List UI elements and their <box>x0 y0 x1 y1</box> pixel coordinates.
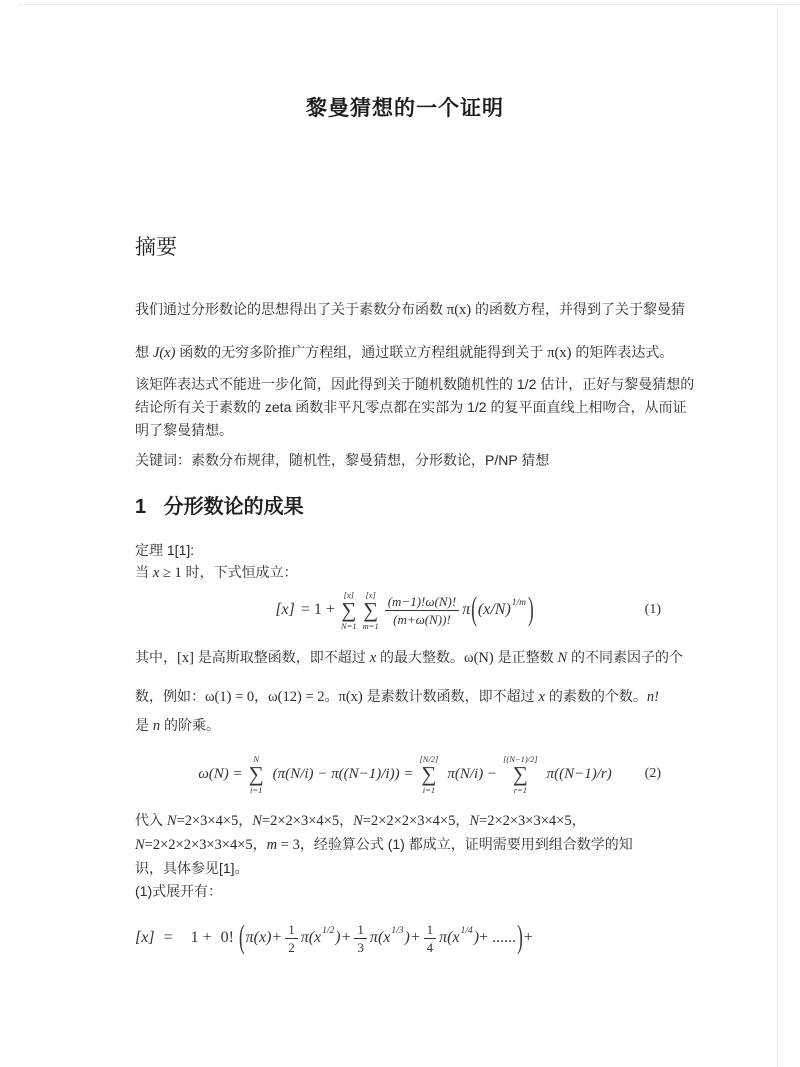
summation-symbol: [x] ∑ m=1 <box>363 590 379 631</box>
summation-symbol: [(N−1)/2] ∑ r=1 <box>503 754 538 795</box>
big-paren-open: ( <box>239 919 245 957</box>
summation-symbol: [x] ∑ N=1 <box>341 590 357 631</box>
abstract-line: 明了黎曼猜想。 <box>135 419 675 441</box>
abstract-line: 结论所有关于素数的 zeta 函数非平凡零点都在实部为 1/2 的复平面直线上相… <box>135 396 675 418</box>
sigma-glyph: ∑ <box>421 764 436 785</box>
sigma-glyph: ∑ <box>513 764 528 785</box>
eq2-term-1: (π(N/i) − π((N−1)/i)) = <box>273 766 414 783</box>
summation-symbol: N ∑ i=1 <box>249 754 264 795</box>
pi-symbol: π <box>462 601 470 619</box>
eq1-equals: = 1 + <box>301 601 335 619</box>
equation-1: [x] = 1 + [x] ∑ N=1 [x] ∑ m=1 (m−1)!ω(N)… <box>135 586 675 634</box>
eq1-inner: (x/N) <box>478 601 511 619</box>
abstract-line: 想 J(x) 函数的无穷多阶推广方程组，通过联立方程组就能得到关于 π(x) 的… <box>135 341 675 364</box>
substitution-paragraph: 代入 N=2×3×4×5，N=2×2×3×4×5，N=2×2×2×3×4×5，N… <box>135 809 675 903</box>
equation-1-number: (1) <box>645 602 661 618</box>
eq2-lhs: ω(N) = <box>198 766 242 783</box>
eq3-lhs: [x] <box>135 929 155 947</box>
expansion-intro-line: (1)式展开有： <box>135 880 675 903</box>
definitions-line: 其中，[x] 是高斯取整函数，即不超过 x 的最大整数。ω(N) 是正整数 N … <box>135 646 675 669</box>
substitution-line: 识，具体参见[1]。 <box>135 857 675 880</box>
section-number: 1 <box>135 496 146 518</box>
paper-title: 黎曼猜想的一个证明 <box>135 0 675 123</box>
eq2-term-2: π(N/i) − <box>447 766 497 783</box>
theorem-label: 定理 1[1]: <box>135 539 675 561</box>
eq3-trailing-plus: + <box>524 929 533 947</box>
eq1-lhs: [x] <box>275 601 295 619</box>
definitions-line: 数，例如：ω(1) = 0，ω(12) = 2。π(x) 是素数计数函数，即不超… <box>135 685 675 708</box>
section-title: 分形数论的成果 <box>164 496 304 518</box>
eq2-term-3: π((N−1)/r) <box>547 766 612 783</box>
eq3-term-0: π(x)+ <box>246 929 283 947</box>
eq3-term-1: π(x <box>301 929 321 947</box>
big-paren-open: ( <box>471 591 477 629</box>
eq3-factorial: 0! <box>221 929 234 947</box>
equation-2-number: (2) <box>645 766 661 782</box>
keywords-line: 关键词：素数分布规律，随机性，黎曼猜想，分形数论，P/NP 猜想 <box>135 449 675 471</box>
sigma-glyph: ∑ <box>363 600 378 621</box>
fraction: (m−1)!ω(N)! (m+ω(N))! <box>385 593 460 628</box>
abstract-paragraph: 我们通过分形数论的思想得出了关于素数分布函数 π(x) 的函数方程，并得到了关于… <box>135 298 675 441</box>
substitution-line: 代入 N=2×3×4×5，N=2×2×3×4×5，N=2×2×2×3×4×5，N… <box>135 809 675 833</box>
abstract-line: 我们通过分形数论的思想得出了关于素数分布函数 π(x) 的函数方程，并得到了关于… <box>135 298 675 321</box>
abstract-heading: 摘要 <box>135 233 675 262</box>
eq3-term-2: π(x <box>370 929 390 947</box>
sigma-glyph: ∑ <box>249 764 264 785</box>
sigma-glyph: ∑ <box>341 600 356 621</box>
section-1-heading: 1 分形数论的成果 <box>135 493 675 521</box>
big-paren-close: ) <box>517 919 523 957</box>
eq3-head: 1 + <box>191 929 212 947</box>
summation-symbol: [N/2] ∑ i=1 <box>419 754 438 795</box>
page-edge-right-line <box>777 6 778 1067</box>
fraction: 1 3 <box>354 921 367 956</box>
equation-2: ω(N) = N ∑ i=1 (π(N/i) − π((N−1)/i)) = [… <box>135 751 675 797</box>
substitution-line: N=2×2×2×3×3×4×5，m = 3，经验算公式 (1) 都成立，证明需要… <box>135 833 675 857</box>
fraction: 1 4 <box>424 921 437 956</box>
document-page: 黎曼猜想的一个证明 摘要 我们通过分形数论的思想得出了关于素数分布函数 π(x)… <box>0 0 800 1067</box>
big-paren-close: ) <box>528 591 534 629</box>
eq3-equals: = <box>164 929 173 947</box>
theorem-condition: 当 x ≥ 1 时，下式恒成立： <box>135 561 675 584</box>
eq3-ellipsis: + ...... <box>479 929 516 947</box>
abstract-line: 该矩阵表达式不能进一步化简，因此得到关于随机数随机性的 1/2 估计，正好与黎曼… <box>135 373 675 395</box>
fraction: 1 2 <box>285 921 298 956</box>
eq3-term-3: π(x <box>439 929 459 947</box>
definitions-line: 是 n 的阶乘。 <box>135 714 675 737</box>
equation-expanded: [x] = 1 + 0! ( π(x)+ 1 2 π(x1/2)+ 1 3 π(… <box>135 911 675 965</box>
page-content: 黎曼猜想的一个证明 摘要 我们通过分形数论的思想得出了关于素数分布函数 π(x)… <box>135 0 675 965</box>
eq1-exponent: 1/m <box>512 598 526 608</box>
definitions-paragraph: 其中，[x] 是高斯取整函数，即不超过 x 的最大整数。ω(N) 是正整数 N … <box>135 646 675 737</box>
